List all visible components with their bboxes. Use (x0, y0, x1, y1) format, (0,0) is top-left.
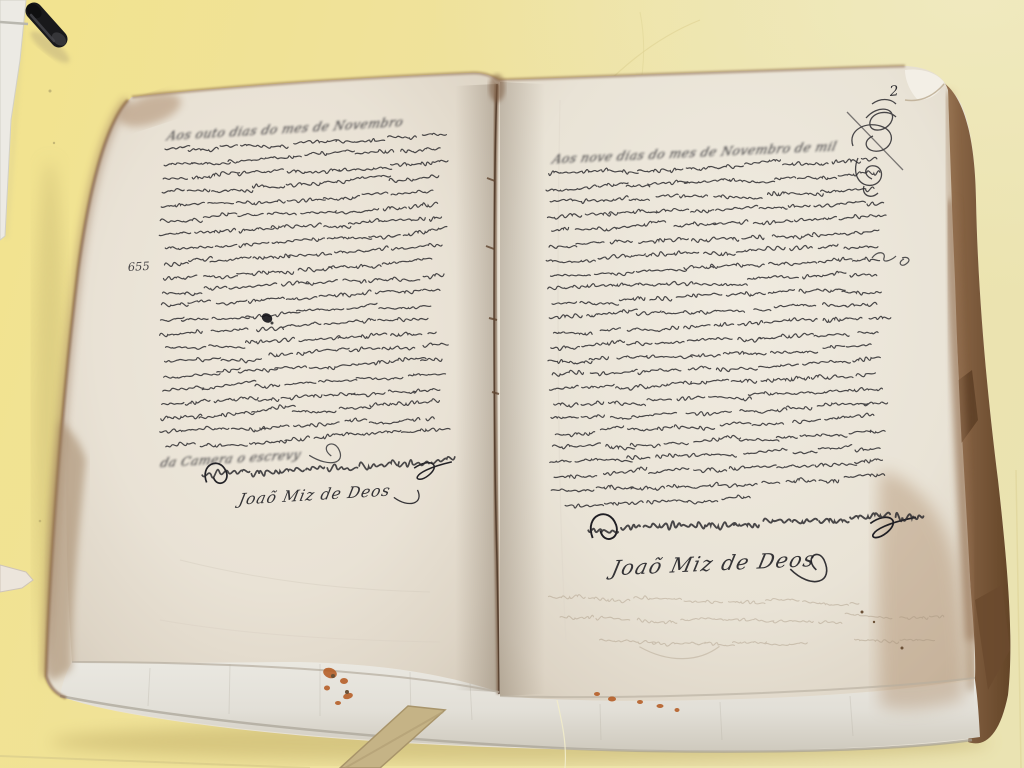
bookmark-ribbon-white (0, 565, 33, 592)
margin-note-left: 655 (127, 259, 150, 274)
gutter-shading-right (500, 82, 545, 696)
page-weight-handle (24, 1, 74, 67)
left-page (66, 73, 499, 692)
photograph-of-manuscript: 2 655 Aos outo dias do mes de Novembro d… (0, 0, 1024, 768)
page-number: 2 (888, 83, 899, 100)
scene-art: 2 655 Aos outo dias do mes de Novembro d… (0, 0, 1024, 768)
manuscript-book: 2 655 Aos outo dias do mes de Novembro d… (46, 66, 1010, 752)
table-edge-line (1016, 470, 1021, 768)
table-edge-object (0, 0, 28, 240)
